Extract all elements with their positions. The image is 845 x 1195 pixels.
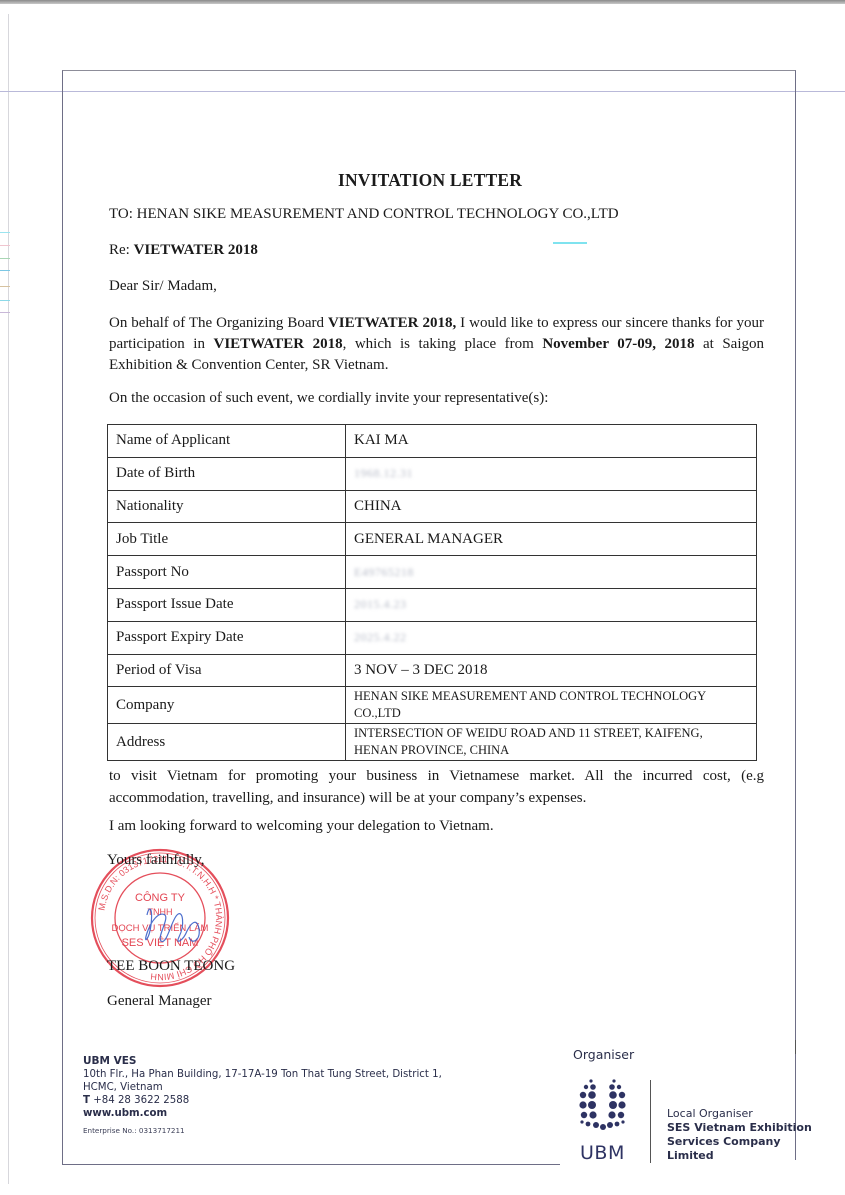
footer-enterprise-no: Enterprise No.: 0313717211 (83, 1126, 185, 1135)
ubm-logo-text: UBM (580, 1142, 625, 1164)
subject-prefix: Re: (109, 242, 134, 258)
field-label: Address (108, 724, 346, 761)
svg-text:DỌCH VỤ TRIỂN LÃM: DỌCH VỤ TRIỂN LÃM (112, 922, 209, 934)
intro-paragraph: On behalf of The Organizing Board VIETWA… (109, 313, 764, 376)
closing-line: I am looking forward to welcoming your d… (109, 818, 494, 835)
field-value: E49765218 (346, 556, 757, 589)
event-dates: November 07-09, 2018 (542, 336, 694, 352)
divider (795, 1040, 796, 1054)
table-row: Passport Expiry Date2025.4.22 (108, 621, 757, 654)
scan-artifact (0, 258, 10, 259)
scan-top-edge (0, 0, 845, 4)
scan-artifact (0, 270, 10, 271)
field-label: Passport No (108, 556, 346, 589)
scan-artifact (0, 300, 10, 301)
table-row: Date of Birth1968.12.31 (108, 457, 757, 490)
redacted-value: 1968.12.31 (354, 466, 413, 480)
field-value: 3 NOV – 3 DEC 2018 (346, 654, 757, 687)
scan-artifact (553, 242, 587, 244)
redacted-value: 2015.4.23 (354, 597, 407, 611)
field-label: Passport Issue Date (108, 588, 346, 621)
salutation: Dear Sir/ Madam, (109, 278, 217, 295)
table-row: Period of Visa3 NOV – 3 DEC 2018 (108, 654, 757, 687)
organiser-label: Organiser (573, 1047, 634, 1062)
table-row: NationalityCHINA (108, 490, 757, 523)
purpose-paragraph: to visit Vietnam for promoting your busi… (109, 765, 764, 809)
field-label: Nationality (108, 490, 346, 523)
table-row: Job TitleGENERAL MANAGER (108, 523, 757, 556)
field-value: 1968.12.31 (346, 457, 757, 490)
footer-company-name: UBM VES (83, 1055, 137, 1067)
ubm-logo-icon (574, 1078, 634, 1140)
phone-label: T (83, 1095, 90, 1106)
table-row: Name of ApplicantKAI MA (108, 425, 757, 458)
signer-title: General Manager (107, 993, 212, 1010)
scan-artifact (0, 245, 10, 246)
redacted-value: E49765218 (354, 565, 414, 579)
phone-number: +84 28 3622 2588 (93, 1095, 189, 1106)
field-label: Passport Expiry Date (108, 621, 346, 654)
redacted-value: 2025.4.22 (354, 630, 407, 644)
footer-website-link[interactable]: www.ubm.com (83, 1108, 167, 1119)
applicant-table: Name of ApplicantKAI MADate of Birth1968… (107, 424, 757, 761)
sign-off: Yours faithfully, (107, 852, 205, 869)
field-label: Job Title (108, 523, 346, 556)
scan-artifact (0, 312, 10, 313)
local-organiser-name: SES Vietnam Exhibition Services Company … (667, 1121, 827, 1163)
footer-phone: T +84 28 3622 2588 (83, 1095, 189, 1106)
signer-name: TEE BOON TEONG (107, 958, 235, 975)
field-value: 2015.4.23 (346, 588, 757, 621)
scan-artifact (0, 286, 10, 287)
local-organiser-label: Local Organiser (667, 1107, 753, 1120)
field-value: GENERAL MANAGER (346, 523, 757, 556)
table-row: Passport Issue Date2015.4.23 (108, 588, 757, 621)
event-name: VIETWATER 2018, (328, 315, 456, 331)
divider (650, 1080, 651, 1163)
field-value: INTERSECTION OF WEIDU ROAD AND 11 STREET… (346, 724, 757, 761)
text-run: On behalf of The Organizing Board (109, 315, 328, 331)
field-label: Company (108, 687, 346, 724)
subject-text: VIETWATER 2018 (134, 242, 258, 258)
invite-line: On the occasion of such event, we cordia… (109, 390, 548, 407)
footer-address: 10th Flr., Ha Phan Building, 17-17A-19 T… (83, 1068, 443, 1094)
field-label: Name of Applicant (108, 425, 346, 458)
field-value: HENAN SIKE MEASUREMENT AND CONTROL TECHN… (346, 687, 757, 724)
svg-text:CÔNG TY: CÔNG TY (135, 891, 186, 904)
field-label: Date of Birth (108, 457, 346, 490)
field-value: KAI MA (346, 425, 757, 458)
field-label: Period of Visa (108, 654, 346, 687)
table-row: AddressINTERSECTION OF WEIDU ROAD AND 11… (108, 724, 757, 761)
field-value: CHINA (346, 490, 757, 523)
text-run: , which is taking place from (343, 336, 543, 352)
table-row: CompanyHENAN SIKE MEASUREMENT AND CONTRO… (108, 687, 757, 724)
scan-artifact (0, 232, 10, 233)
table-row: Passport NoE49765218 (108, 556, 757, 589)
event-name: VIETWATER 2018 (214, 336, 343, 352)
field-value: 2025.4.22 (346, 621, 757, 654)
letter-title: INVITATION LETTER (0, 170, 845, 191)
recipient-line: TO: HENAN SIKE MEASUREMENT AND CONTROL T… (109, 206, 619, 223)
subject-line: Re: VIETWATER 2018 (109, 242, 258, 259)
